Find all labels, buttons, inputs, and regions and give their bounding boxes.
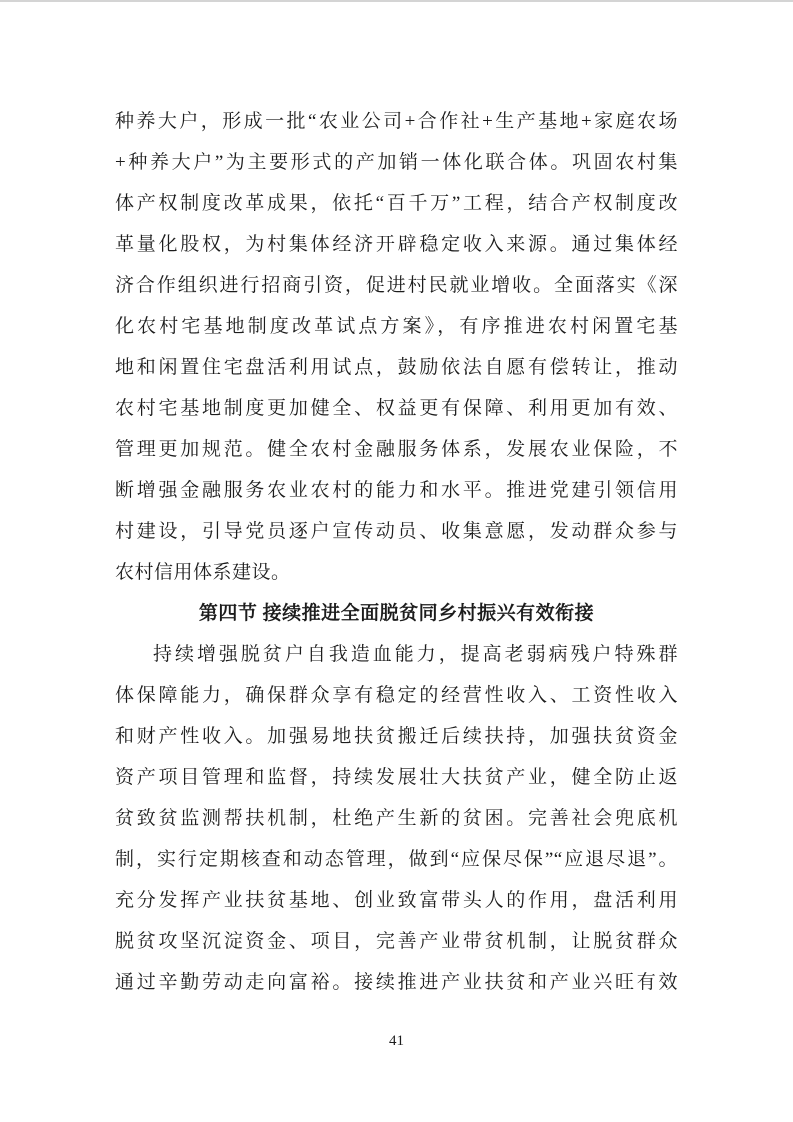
paragraph2-line: 持续增强脱贫户自我造血能力，提高老弱病残户特殊群 — [115, 634, 678, 675]
paragraph2-line: 通过辛勤劳动走向富裕。接续推进产业扶贫和产业兴旺有效 — [115, 962, 678, 1003]
paragraph1-line: 农村宅基地制度更加健全、权益更有保障、利用更加有效、 — [115, 388, 678, 429]
paragraph1-line: 化农村宅基地制度改革试点方案》，有序推进农村闲置宅基 — [115, 306, 678, 347]
paragraph1-line: 村建设，引导党员逐户宣传动员、收集意愿，发动群众参与 — [115, 511, 678, 552]
paragraph1-line: 农村信用体系建设。 — [115, 552, 678, 593]
document-page: 种养大户，形成一批“农业公司+合作社+生产基地+家庭农场 +种养大户”为主要形式… — [0, 0, 793, 1122]
paragraph1-line: 地和闲置住宅盘活利用试点，鼓励依法自愿有偿转让，推动 — [115, 347, 678, 388]
page-number: 41 — [0, 1033, 793, 1050]
paragraph2-line: 贫致贫监测帮扶机制，杜绝产生新的贫困。完善社会兜底机 — [115, 798, 678, 839]
paragraph2-line: 充分发挥产业扶贫基地、创业致富带头人的作用，盘活利用 — [115, 880, 678, 921]
paragraph1-line: 革量化股权，为村集体经济开辟稳定收入来源。通过集体经 — [115, 224, 678, 265]
paragraph2-line: 脱贫攻坚沉淀资金、项目，完善产业带贫机制，让脱贫群众 — [115, 921, 678, 962]
paragraph1-line: 种养大户，形成一批“农业公司+合作社+生产基地+家庭农场 — [115, 101, 678, 142]
paragraph2-line: 和财产性收入。加强易地扶贫搬迁后续扶持，加强扶贫资金 — [115, 716, 678, 757]
document-body: 种养大户，形成一批“农业公司+合作社+生产基地+家庭农场 +种养大户”为主要形式… — [115, 101, 678, 1003]
section-heading: 第四节 接续推进全面脱贫同乡村振兴有效衔接 — [115, 593, 678, 634]
scan-edge-artifact — [0, 0, 793, 2]
paragraph2-line: 资产项目管理和监督，持续发展壮大扶贫产业，健全防止返 — [115, 757, 678, 798]
paragraph2-line: 体保障能力，确保群众享有稳定的经营性收入、工资性收入 — [115, 675, 678, 716]
paragraph1-line: 管理更加规范。健全农村金融服务体系，发展农业保险，不 — [115, 429, 678, 470]
paragraph1-line: 济合作组织进行招商引资，促进村民就业增收。全面落实《深 — [115, 265, 678, 306]
paragraph1-line: 断增强金融服务农业农村的能力和水平。推进党建引领信用 — [115, 470, 678, 511]
paragraph1-line: +种养大户”为主要形式的产加销一体化联合体。巩固农村集 — [115, 142, 678, 183]
paragraph2-line: 制，实行定期核查和动态管理，做到“应保尽保”“应退尽退”。 — [115, 839, 678, 880]
paragraph1-line: 体产权制度改革成果，依托“百千万”工程，结合产权制度改 — [115, 183, 678, 224]
